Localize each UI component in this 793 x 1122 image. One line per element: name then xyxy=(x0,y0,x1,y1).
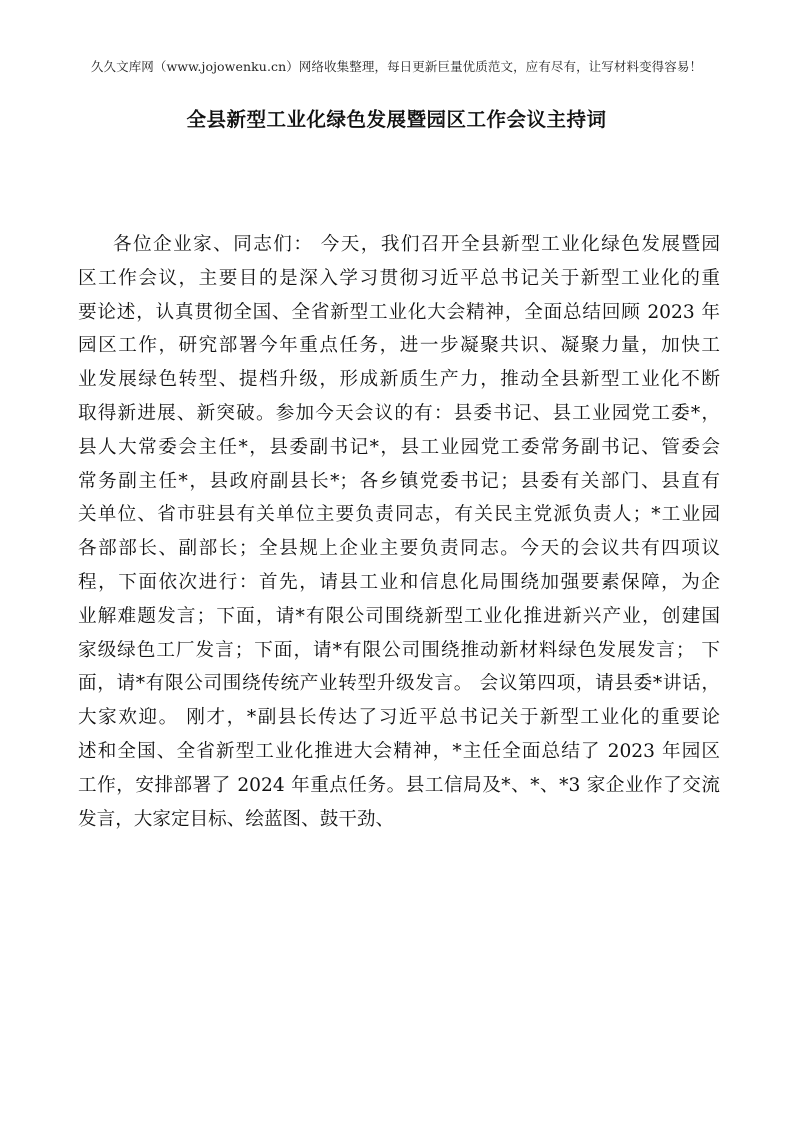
document-title: 全县新型工业化绿色发展暨园区工作会议主持词 xyxy=(0,104,793,132)
body-line: 面，请*有限公司围绕传统产业转型升级发言。 会议第四项，请县委*讲话， xyxy=(78,667,720,701)
body-line: 业解难题发言；下面，请*有限公司围绕新型工业化推进新兴产业，创建国 xyxy=(78,600,720,634)
body-line: 家级绿色工厂发言；下面，请*有限公司围绕推动新材料绿色发展发言； 下 xyxy=(78,634,720,668)
body-line: 工作，安排部署了 2024 年重点任务。县工信局及*、*、*3 家企业作了交流 xyxy=(78,769,720,803)
body-line: 述和全国、全省新型工业化推进大会精神，*主任全面总结了 2023 年园区 xyxy=(78,735,720,769)
body-line: 区工作会议，主要目的是深入学习贯彻习近平总书记关于新型工业化的重 xyxy=(78,262,720,296)
body-line: 业发展绿色转型、提档升级，形成新质生产力，推动全县新型工业化不断 xyxy=(78,363,720,397)
document-body: 各位企业家、同志们： 今天，我们召开全县新型工业化绿色发展暨园 区工作会议，主要… xyxy=(78,228,720,836)
body-line: 县人大常委会主任*，县委副书记*，县工业园党工委常务副书记、管委会 xyxy=(78,431,720,465)
body-line: 关单位、省市驻县有关单位主要负责同志，有关民主党派负责人；*工业园 xyxy=(78,498,720,532)
body-line: 园区工作，研究部署今年重点任务，进一步凝聚共识、凝聚力量，加快工 xyxy=(78,329,720,363)
body-line: 取得新进展、新突破。参加今天会议的有：县委书记、县工业园党工委*， xyxy=(78,397,720,431)
body-line: 程，下面依次进行：首先，请县工业和信息化局围绕加强要素保障，为企 xyxy=(78,566,720,600)
body-line: 大家欢迎。 刚才，*副县长传达了习近平总书记关于新型工业化的重要论 xyxy=(78,701,720,735)
body-line: 发言，大家定目标、绘蓝图、鼓干劲、 xyxy=(78,803,720,837)
site-header-note: 久久文库网（www.jojowenku.cn）网络收集整理，每日更新巨量优质范文… xyxy=(0,57,793,75)
body-line: 常务副主任*，县政府副县长*；各乡镇党委书记；县委有关部门、县直有 xyxy=(78,465,720,499)
body-line: 各部部长、副部长；全县规上企业主要负责同志。今天的会议共有四项议 xyxy=(78,532,720,566)
body-line: 要论述，认真贯彻全国、全省新型工业化大会精神，全面总结回顾 2023 年 xyxy=(78,296,720,330)
body-line: 各位企业家、同志们： 今天，我们召开全县新型工业化绿色发展暨园 xyxy=(78,228,720,262)
